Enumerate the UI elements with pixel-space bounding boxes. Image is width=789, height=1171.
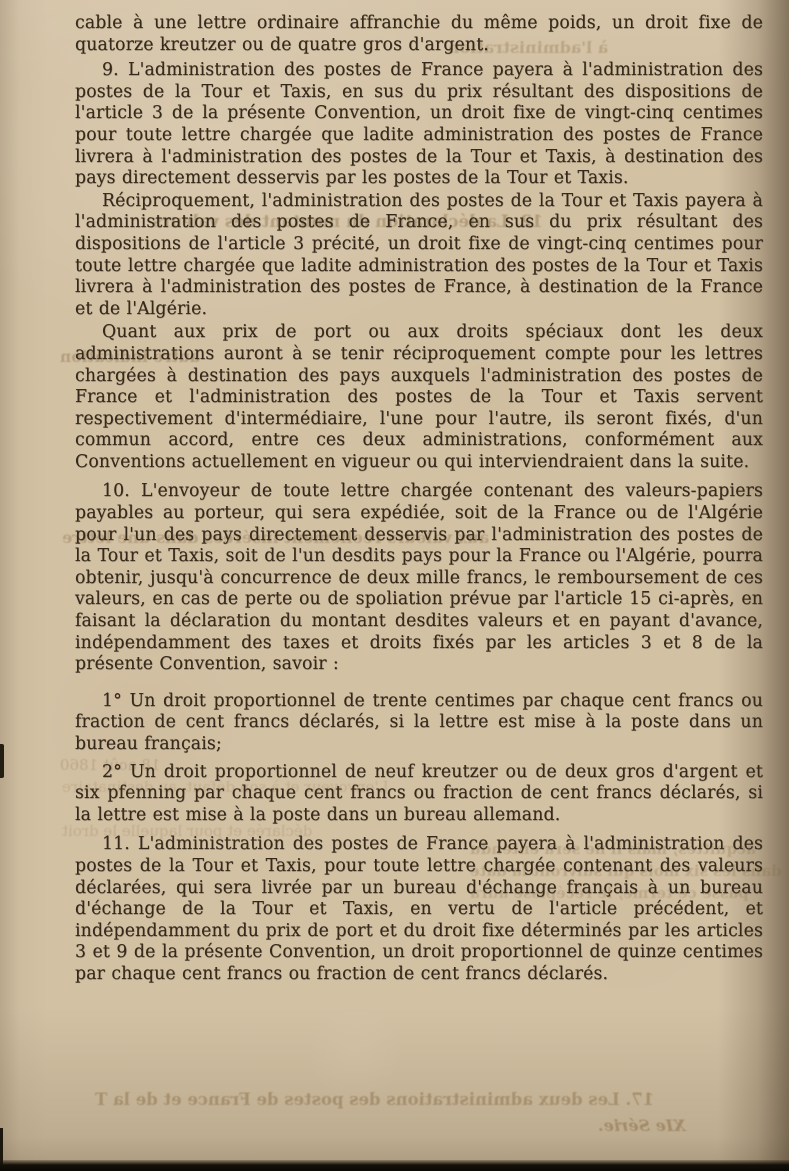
paragraph-1: 9. L'administration des postes de France… [75,60,763,190]
paragraph-4: 10. L'envoyeur de toute lettre chargée c… [75,481,763,675]
scan-edge-bottom [0,1160,789,1171]
scan-edge-left [0,744,4,778]
scan-edge-left-bottom [0,1128,3,1171]
scanned-page: à l'administration12. La déclaration du … [0,0,789,1171]
paragraph-2: Réciproquement, l'administration des pos… [75,191,763,321]
bleedthrough-fragment-11: XIe Série. [598,1116,686,1135]
bleedthrough-fragment-10: 17. Les deux administrations des postes … [95,1090,654,1109]
paragraph-0: cable à une lettre ordinaire affranchie … [75,13,763,56]
paragraph-6: 2° Un droit proportionnel de neuf kreutz… [75,762,763,827]
paragraph-5: 1° Un droit proportionnel de trente cent… [75,691,763,756]
text-block: cable à une lettre ordinaire affranchie … [75,13,763,986]
paragraph-3: Quant aux prix de port ou aux droits spé… [75,322,763,473]
paragraph-7: 11. L'administration des postes de Franc… [75,834,763,985]
